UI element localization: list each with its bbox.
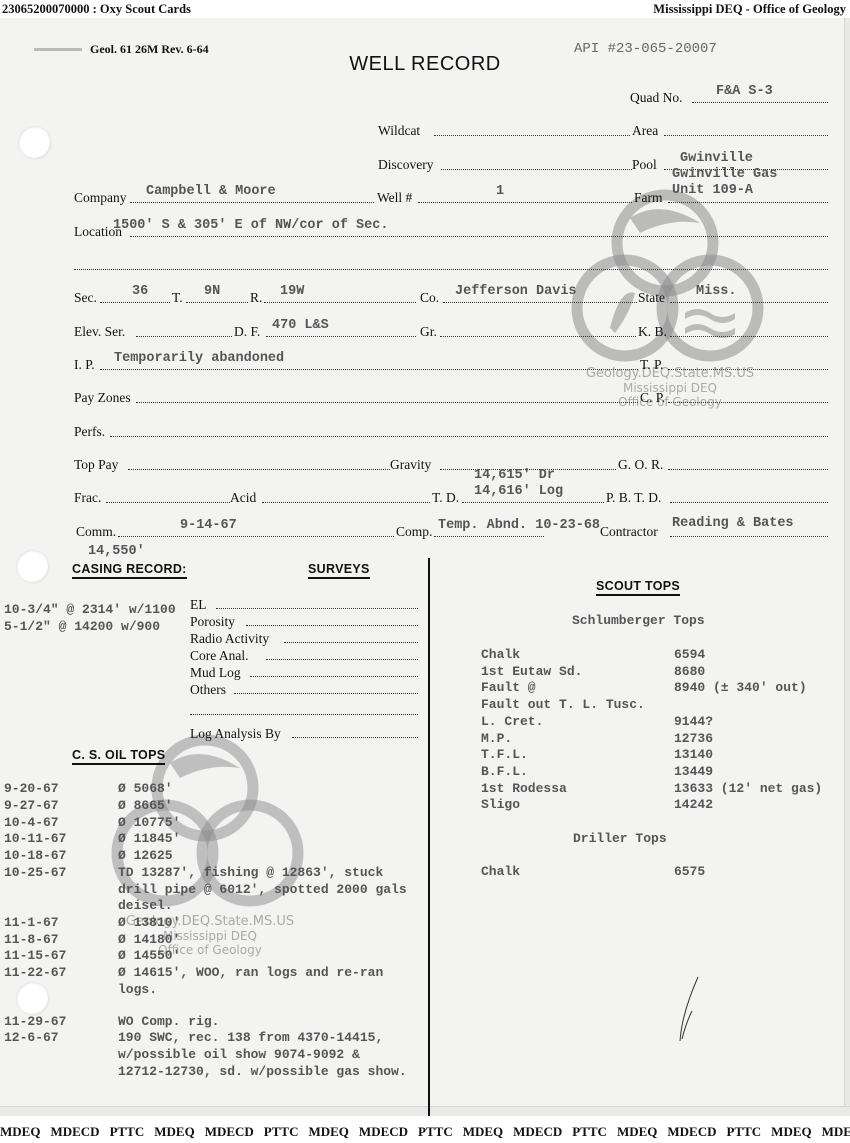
footer-item: MDEQ xyxy=(308,1124,348,1139)
df-line xyxy=(266,336,416,337)
punch-hole-middle xyxy=(16,550,48,582)
footer-item: MDEQ xyxy=(0,1124,40,1139)
footer-item: MDECD xyxy=(667,1124,716,1139)
well-no-value: 1 xyxy=(496,184,504,199)
survey-radio-activity-line xyxy=(284,642,418,643)
footer-item: PTTC xyxy=(727,1124,762,1139)
footer-item: MDEQ xyxy=(771,1124,811,1139)
driller-tops-heading: Driller Tops xyxy=(573,831,667,846)
company-value: Campbell & Moore xyxy=(146,184,276,199)
wildcat-label: Wildcat xyxy=(378,123,420,139)
scout-top-name: 1st Eutaw Sd. xyxy=(481,664,582,679)
viewer-header: 23065200070000 : Oxy Scout Cards Mississ… xyxy=(0,0,850,18)
top-pay-line xyxy=(128,469,390,470)
gor-label: G. O. R. xyxy=(618,457,663,473)
page-title: WELL RECORD xyxy=(0,53,850,76)
footer-item: MDEQ xyxy=(463,1124,503,1139)
footer-item: MDECD xyxy=(205,1124,254,1139)
mdeq-logo-watermark-top xyxy=(570,188,770,378)
survey-el: EL xyxy=(190,597,207,613)
cs-oil-entry: TD 13287', fishing @ 12863', stuck xyxy=(118,865,383,880)
quad-no-value: F&A S-3 xyxy=(716,84,773,99)
scout-top-depth: 8680 xyxy=(674,664,705,679)
acid-line xyxy=(262,502,430,503)
survey-porosity-line xyxy=(246,625,418,626)
agency-title: Mississippi DEQ - Office of Geology xyxy=(653,0,846,18)
location-line-2 xyxy=(74,269,828,270)
survey-others: Others xyxy=(190,682,226,698)
scout-top-depth: 6594 xyxy=(674,647,705,662)
scout-top-depth: 12736 xyxy=(674,731,713,746)
sec-value: 36 xyxy=(132,284,148,299)
well-no-label: Well # xyxy=(377,190,412,206)
punch-hole-bottom xyxy=(16,982,48,1014)
gr-label: Gr. xyxy=(420,324,437,340)
scout-top-depth: 9144? xyxy=(674,714,713,729)
kb-label: K. B. xyxy=(638,324,667,340)
survey-log-analysis-by: Log Analysis By xyxy=(190,726,281,742)
footer-agency-strip: MDEQMDECDPTTCMDEQMDECDPTTCMDEQMDECDPTTCM… xyxy=(0,1120,850,1143)
scout-top-depth: 8940 (± 340' out) xyxy=(674,680,807,695)
cs-oil-date: 12-6-67 xyxy=(4,1030,59,1045)
survey-mud-log: Mud Log xyxy=(190,665,241,681)
driller-top-name: Chalk xyxy=(481,864,520,879)
elev-ser-line xyxy=(136,336,232,337)
comp-line xyxy=(434,536,544,537)
scout-tops-heading: SCOUT TOPS xyxy=(596,579,680,596)
quad-no-label: Quad No. xyxy=(630,90,683,106)
well-record-card: Geology.DEQ.State.MS.US Mississippi DEQ … xyxy=(0,18,850,1116)
contractor-value: Reading & Bates xyxy=(672,516,794,531)
td-value-line1: 14,615' Dr xyxy=(474,468,555,483)
contractor-label: Contractor xyxy=(600,524,658,540)
scout-top-depth: 14242 xyxy=(674,797,713,812)
farm-value-line2: Unit 109-A xyxy=(672,183,753,198)
comm-line xyxy=(118,536,394,537)
footer-item: MDEQ xyxy=(617,1124,657,1139)
scout-top-name: Fault @ xyxy=(481,680,536,695)
pencil-check-mark xyxy=(672,973,702,1043)
footer-item: PTTC xyxy=(418,1124,453,1139)
ip-line xyxy=(100,369,638,370)
survey-blank-line xyxy=(190,714,418,715)
cs-oil-entry: Ø 14615', WOO, ran logs and re-ran xyxy=(118,965,383,980)
scout-top-name: L. Cret. xyxy=(481,714,543,729)
footer-item: PTTC xyxy=(264,1124,299,1139)
ip-label: I. P. xyxy=(74,357,95,373)
discovery-line xyxy=(441,169,632,170)
perfs-line xyxy=(110,436,828,437)
scout-top-name: B.F.L. xyxy=(481,764,528,779)
kb-line xyxy=(670,336,828,337)
record-id-title: 23065200070000 : Oxy Scout Cards xyxy=(2,0,191,18)
area-label: Area xyxy=(632,123,658,139)
state-label: State xyxy=(638,290,665,306)
cs-oil-entry: Ø 5068' xyxy=(118,781,173,796)
t-value: 9N xyxy=(204,284,220,299)
cs-oil-entry: deisel. xyxy=(118,898,173,913)
card-bottom-edge xyxy=(0,1106,850,1116)
scout-top-name: 1st Rodessa xyxy=(481,781,567,796)
survey-others-line xyxy=(234,693,418,694)
cs-oil-entry: Ø 11845' xyxy=(118,831,180,846)
scout-top-depth: 13633 (12' net gas) xyxy=(674,781,822,796)
cs-oil-entry: Ø 12625 xyxy=(118,848,173,863)
scout-top-name: M.P. xyxy=(481,731,512,746)
cs-oil-entry: Ø 14550' xyxy=(118,948,180,963)
farm-label: Farm xyxy=(634,190,663,206)
footer-item: MDECD xyxy=(359,1124,408,1139)
smudge-mark xyxy=(34,48,82,51)
co-line xyxy=(443,302,637,303)
scout-top-depth: 13449 xyxy=(674,764,713,779)
frac-line xyxy=(106,502,230,503)
r-line xyxy=(264,302,416,303)
cs-oil-entry: Ø 8665' xyxy=(118,798,173,813)
co-value: Jefferson Davis xyxy=(455,284,577,299)
footer-item: MDEQ xyxy=(154,1124,194,1139)
tp-line xyxy=(668,369,828,370)
cs-oil-date: 9-20-67 xyxy=(4,781,59,796)
cs-oil-entry: 12712-12730, sd. w/possible gas show. xyxy=(118,1064,407,1079)
schlumberger-tops-heading: Schlumberger Tops xyxy=(572,613,705,628)
survey-core-anal-line xyxy=(266,659,418,660)
cs-oil-date: 10-25-67 xyxy=(4,865,66,880)
comp-value: Temp. Abnd. 10-23-68 xyxy=(438,518,600,533)
cs-oil-entry: logs. xyxy=(118,982,157,997)
cs-oil-date: 11-29-67 xyxy=(4,1014,66,1029)
sec-label: Sec. xyxy=(74,290,97,306)
cs-oil-date: 10-11-67 xyxy=(4,831,66,846)
scout-top-name: T.F.L. xyxy=(481,747,528,762)
surveys-heading: SURVEYS xyxy=(308,562,370,579)
footer-item: MDECD xyxy=(513,1124,562,1139)
api-number: API #23-065-20007 xyxy=(574,41,717,57)
cs-oil-tops-heading: C. S. OIL TOPS xyxy=(72,748,165,765)
driller-top-depth: 6575 xyxy=(674,864,705,879)
punch-hole-top xyxy=(18,126,50,158)
cs-oil-date: 11-8-67 xyxy=(4,932,59,947)
sec-line xyxy=(100,302,170,303)
state-value: Miss. xyxy=(696,284,737,299)
cs-oil-date: 10-18-67 xyxy=(4,848,66,863)
t-line xyxy=(186,302,248,303)
comm-label: Comm. xyxy=(76,524,116,540)
df-value: 470 L&S xyxy=(272,318,329,333)
quad-no-line xyxy=(692,102,828,103)
cs-oil-entry: Ø 10775' xyxy=(118,815,180,830)
acid-label: Acid xyxy=(230,490,256,506)
company-label: Company xyxy=(74,190,127,206)
scout-top-name: Fault out T. L. Tusc. xyxy=(481,697,645,712)
pbtd-line xyxy=(670,502,828,503)
td-value-line2: 14,616' Log xyxy=(474,484,563,499)
frac-label: Frac. xyxy=(74,490,101,506)
state-line xyxy=(670,302,828,303)
t-label: T. xyxy=(172,290,183,306)
pbtd-label: P. B. T. D. xyxy=(606,490,661,506)
elev-ser-label: Elev. Ser. xyxy=(74,324,125,340)
pay-zones-line xyxy=(136,402,638,403)
survey-porosity: Porosity xyxy=(190,614,235,630)
tp-label: T. P. xyxy=(640,357,663,373)
ip-value: Temporarily abandoned xyxy=(114,351,284,366)
r-label: R. xyxy=(250,290,262,306)
cp-line xyxy=(668,402,828,403)
casing-record-heading: CASING RECORD: xyxy=(72,562,187,579)
location-line xyxy=(130,236,828,237)
scout-top-name: Sligo xyxy=(481,797,520,812)
gor-line xyxy=(668,469,828,470)
df-label: D. F. xyxy=(234,324,260,340)
casing-row: 10-3/4" @ 2314' w/1100 xyxy=(4,602,176,617)
farm-line xyxy=(668,202,828,203)
td-label: T. D. xyxy=(432,490,459,506)
footer-item: PTTC xyxy=(572,1124,607,1139)
well-no-line xyxy=(418,202,632,203)
gravity-label: Gravity xyxy=(390,457,431,473)
cs-oil-entry: Ø 14180' xyxy=(118,932,180,947)
cs-oil-entry: Ø 13810' xyxy=(118,915,180,930)
survey-core-anal: Core Anal. xyxy=(190,648,249,664)
cs-oil-entry: WO Comp. rig. xyxy=(118,1014,219,1029)
cs-oil-date: 10-4-67 xyxy=(4,815,59,830)
scout-top-name: Chalk xyxy=(481,647,520,662)
column-divider xyxy=(428,558,430,1116)
top-pay-label: Top Pay xyxy=(74,457,118,473)
survey-log-analysis-line xyxy=(292,737,418,738)
cs-oil-entry: 190 SWC, rec. 138 from 4370-14415, xyxy=(118,1030,383,1045)
co-label: Co. xyxy=(420,290,439,306)
contractor-line xyxy=(670,536,828,537)
company-line xyxy=(130,202,374,203)
cs-oil-date: 11-1-67 xyxy=(4,915,59,930)
card-edge xyxy=(844,18,850,1116)
area-line xyxy=(664,135,828,136)
survey-radio-activity: Radio Activity xyxy=(190,631,269,647)
location-value: 1500' S & 305' E of NW/cor of Sec. xyxy=(113,218,388,233)
pool-value: Gwinville xyxy=(680,151,753,166)
survey-el-line xyxy=(216,608,418,609)
footer-item: MDECD xyxy=(822,1124,850,1139)
farm-value-line1: Gwinville Gas xyxy=(672,167,777,182)
footer-item: PTTC xyxy=(110,1124,145,1139)
footer-item: MDECD xyxy=(50,1124,99,1139)
comm-value: 9-14-67 xyxy=(180,518,237,533)
gr-line xyxy=(440,336,636,337)
wildcat-line xyxy=(434,135,630,136)
survey-mud-log-line xyxy=(250,676,418,677)
td-line xyxy=(462,502,604,503)
scout-top-depth: 13140 xyxy=(674,747,713,762)
cs-oil-entry: w/possible oil show 9074-9092 & xyxy=(118,1047,360,1062)
pool-label: Pool xyxy=(632,157,657,173)
comm-note: 14,550' xyxy=(88,544,145,559)
cs-oil-date: 11-15-67 xyxy=(4,948,66,963)
pay-zones-label: Pay Zones xyxy=(74,390,131,406)
cs-oil-date: 11-22-67 xyxy=(4,965,66,980)
casing-row: 5-1/2" @ 14200 w/900 xyxy=(4,619,160,634)
cp-label: C. P. xyxy=(640,390,665,406)
discovery-label: Discovery xyxy=(378,157,433,173)
perfs-label: Perfs. xyxy=(74,424,105,440)
r-value: 19W xyxy=(280,284,304,299)
comp-label: Comp. xyxy=(396,524,432,540)
cs-oil-entry: drill pipe @ 6012', spotted 2000 gals xyxy=(118,882,407,897)
cs-oil-date: 9-27-67 xyxy=(4,798,59,813)
